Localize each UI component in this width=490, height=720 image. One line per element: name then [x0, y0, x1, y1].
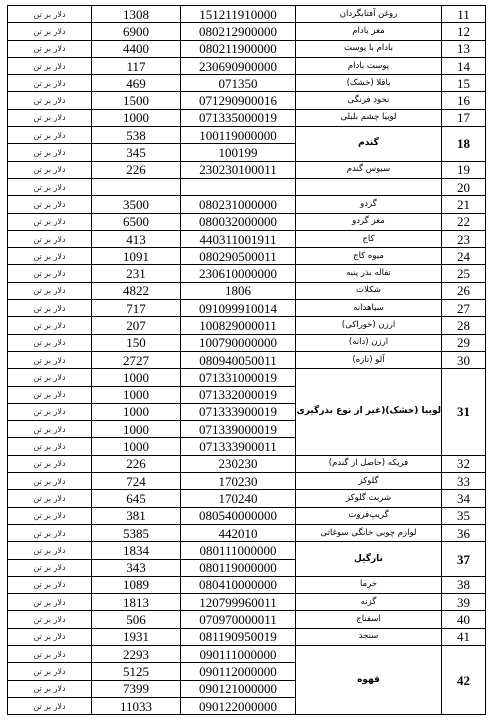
product-name-cell: سنجد [296, 628, 442, 645]
table-row: دلار بر تن469071350باقلا (خشک)15 [8, 75, 486, 92]
tariff-code-cell: 080231000000 [181, 196, 296, 213]
unit-cell: دلار بر تن [8, 403, 92, 420]
price-cell: 1000 [92, 403, 181, 420]
tariff-code-cell: 071331000019 [181, 369, 296, 386]
unit-cell: دلار بر تن [8, 542, 92, 559]
unit-cell: دلار بر تن [8, 230, 92, 247]
table-row: دلار بر تن150100790000000ارزن (دانه)29 [8, 334, 486, 351]
product-name-cell: خرما [296, 576, 442, 593]
price-cell: 5385 [92, 524, 181, 541]
row-number-cell: 20 [442, 178, 486, 195]
row-number-cell: 22 [442, 213, 486, 230]
unit-cell: دلار بر تن [8, 178, 92, 195]
tariff-code-cell: 120799960011 [181, 594, 296, 611]
price-cell: 1000 [92, 421, 181, 438]
unit-cell: دلار بر تن [8, 594, 92, 611]
price-cell: 231 [92, 265, 181, 282]
table-row: دلار بر تن1089080410000000خرما38 [8, 576, 486, 593]
unit-cell: دلار بر تن [8, 680, 92, 697]
unit-cell: دلار بر تن [8, 628, 92, 645]
price-cell: 117 [92, 57, 181, 74]
row-number-cell: 19 [442, 161, 486, 178]
tariff-code-cell: 080290500011 [181, 248, 296, 265]
product-name-cell: آلو (تازه) [296, 351, 442, 368]
unit-cell: دلار بر تن [8, 490, 92, 507]
row-number-cell: 15 [442, 75, 486, 92]
row-number-cell: 16 [442, 92, 486, 109]
price-cell: 1091 [92, 248, 181, 265]
unit-cell: دلار بر تن [8, 663, 92, 680]
table-row: دلار بر تن117230690900000پوست بادام14 [8, 57, 486, 74]
tariff-code-cell: 100119000000 [181, 127, 296, 144]
tariff-code-cell [181, 178, 296, 195]
price-cell: 226 [92, 455, 181, 472]
price-cell: 150 [92, 334, 181, 351]
table-row: دلار بر تن724170230گلوکز33 [8, 473, 486, 490]
unit-cell: دلار بر تن [8, 23, 92, 40]
table-row: دلار بر تن413440311001911کاج23 [8, 230, 486, 247]
unit-cell: دلار بر تن [8, 144, 92, 161]
price-cell: 1500 [92, 92, 181, 109]
unit-cell: دلار بر تن [8, 386, 92, 403]
table-row: دلار بر تن381080540000000گریپ‌فروت35 [8, 507, 486, 524]
price-cell: 3500 [92, 196, 181, 213]
product-name-cell: نخود فرنگی [296, 92, 442, 109]
product-name-cell: لوبیا چشم بلبلی [296, 109, 442, 126]
unit-cell: دلار بر تن [8, 473, 92, 490]
row-number-cell: 11 [442, 6, 486, 23]
unit-cell: دلار بر تن [8, 92, 92, 109]
unit-cell: دلار بر تن [8, 455, 92, 472]
table-row: دلار بر تن538100119000000گندم18 [8, 127, 486, 144]
unit-cell: دلار بر تن [8, 351, 92, 368]
row-number-cell: 33 [442, 473, 486, 490]
product-name-cell: میوه کاج [296, 248, 442, 265]
tariff-code-cell: 080211900000 [181, 40, 296, 57]
unit-cell: دلار بر تن [8, 611, 92, 628]
table-row: دلار بر تن1308151211910000روغن آفتابگردا… [8, 6, 486, 23]
table-row: دلار بر تن20 [8, 178, 486, 195]
table-row: دلار بر تن1500071290900016نخود فرنگی16 [8, 92, 486, 109]
unit-cell: دلار بر تن [8, 248, 92, 265]
row-number-cell: 26 [442, 282, 486, 299]
table-row: دلار بر تن506070970000011اسفناج40 [8, 611, 486, 628]
tariff-code-cell: 090111000000 [181, 645, 296, 662]
unit-cell: دلار بر تن [8, 161, 92, 178]
unit-cell: دلار بر تن [8, 576, 92, 593]
row-number-cell: 28 [442, 317, 486, 334]
unit-cell: دلار بر تن [8, 127, 92, 144]
tariff-code-cell: 091099910014 [181, 300, 296, 317]
tariff-code-cell: 071350 [181, 75, 296, 92]
product-name-cell: مغز گردو [296, 213, 442, 230]
table-row: دلار بر تن2293090111000000قهوه42 [8, 645, 486, 662]
product-name-cell: فریکه (حاصل از گندم) [296, 455, 442, 472]
unit-cell: دلار بر تن [8, 300, 92, 317]
row-number-cell: 29 [442, 334, 486, 351]
tariff-code-cell: 090122000000 [181, 697, 296, 714]
price-cell: 724 [92, 473, 181, 490]
row-number-cell: 40 [442, 611, 486, 628]
price-cell: 343 [92, 559, 181, 576]
unit-cell: دلار بر تن [8, 6, 92, 23]
product-name-cell: گردو [296, 196, 442, 213]
unit-cell: دلار بر تن [8, 265, 92, 282]
price-cell: 2727 [92, 351, 181, 368]
table-row: دلار بر تن717091099910014سیاهدانه27 [8, 300, 486, 317]
tariff-table-body: دلار بر تن1308151211910000روغن آفتابگردا… [8, 6, 486, 715]
product-name-cell: تفاله بذر پنبه [296, 265, 442, 282]
row-number-cell: 17 [442, 109, 486, 126]
row-number-cell: 36 [442, 524, 486, 541]
price-cell: 381 [92, 507, 181, 524]
row-number-cell: 12 [442, 23, 486, 40]
product-name-cell [296, 178, 442, 195]
unit-cell: دلار بر تن [8, 507, 92, 524]
price-cell: 469 [92, 75, 181, 92]
product-name-cell: شربت گلوکز [296, 490, 442, 507]
product-name-cell: گزنه [296, 594, 442, 611]
tariff-code-cell: 071333900011 [181, 438, 296, 455]
product-name-cell: اسفناج [296, 611, 442, 628]
row-number-cell: 42 [442, 645, 486, 714]
unit-cell: دلار بر تن [8, 697, 92, 714]
tariff-code-cell: 442010 [181, 524, 296, 541]
tariff-code-cell: 071290900016 [181, 92, 296, 109]
price-cell: 1000 [92, 109, 181, 126]
price-cell: 226 [92, 161, 181, 178]
row-number-cell: 14 [442, 57, 486, 74]
unit-cell: دلار بر تن [8, 109, 92, 126]
tariff-code-cell: 170230 [181, 473, 296, 490]
unit-cell: دلار بر تن [8, 559, 92, 576]
unit-cell: دلار بر تن [8, 334, 92, 351]
unit-cell: دلار بر تن [8, 213, 92, 230]
price-cell: 11033 [92, 697, 181, 714]
unit-cell: دلار بر تن [8, 645, 92, 662]
row-number-cell: 35 [442, 507, 486, 524]
price-cell: 7399 [92, 680, 181, 697]
price-cell: 1931 [92, 628, 181, 645]
row-number-cell: 34 [442, 490, 486, 507]
unit-cell: دلار بر تن [8, 421, 92, 438]
price-cell: 5125 [92, 663, 181, 680]
tariff-code-cell: 1806 [181, 282, 296, 299]
row-number-cell: 18 [442, 127, 486, 162]
product-name-cell: سیاهدانه [296, 300, 442, 317]
price-cell: 2293 [92, 645, 181, 662]
table-row: دلار بر تن2727080940050011آلو (تازه)30 [8, 351, 486, 368]
unit-cell: دلار بر تن [8, 40, 92, 57]
tariff-code-cell: 230230 [181, 455, 296, 472]
row-number-cell: 32 [442, 455, 486, 472]
tariff-code-cell: 081190950019 [181, 628, 296, 645]
row-number-cell: 24 [442, 248, 486, 265]
tariff-code-cell: 080540000000 [181, 507, 296, 524]
product-name-cell: کاج [296, 230, 442, 247]
unit-cell: دلار بر تن [8, 317, 92, 334]
product-name-cell: ارزن (دانه) [296, 334, 442, 351]
row-number-cell: 41 [442, 628, 486, 645]
product-name-cell: روغن آفتابگردان [296, 6, 442, 23]
tariff-code-cell: 071335000019 [181, 109, 296, 126]
price-cell: 207 [92, 317, 181, 334]
row-number-cell: 25 [442, 265, 486, 282]
unit-cell: دلار بر تن [8, 196, 92, 213]
table-row: دلار بر تن226230230100011سبوس گندم19 [8, 161, 486, 178]
tariff-code-cell: 071333900019 [181, 403, 296, 420]
tariff-code-cell: 230230100011 [181, 161, 296, 178]
price-cell: 1000 [92, 369, 181, 386]
table-row: دلار بر تن4400080211900000بادام با پوست1… [8, 40, 486, 57]
price-cell: 1000 [92, 386, 181, 403]
price-cell: 1834 [92, 542, 181, 559]
table-row: دلار بر تن1000071331000019لوبیا (خشک)(غی… [8, 369, 486, 386]
tariff-code-cell: 090121000000 [181, 680, 296, 697]
price-cell: 1000 [92, 438, 181, 455]
table-row: دلار بر تن6500080032000000مغز گردو22 [8, 213, 486, 230]
unit-cell: دلار بر تن [8, 75, 92, 92]
price-cell: 538 [92, 127, 181, 144]
product-name-cell: لوازم چوبی خانگی سوغاتی [296, 524, 442, 541]
price-cell: 506 [92, 611, 181, 628]
row-number-cell: 13 [442, 40, 486, 57]
table-row: دلار بر تن207100829000011ارزن (خوراکی)28 [8, 317, 486, 334]
tariff-code-cell: 071332000019 [181, 386, 296, 403]
row-number-cell: 30 [442, 351, 486, 368]
unit-cell: دلار بر تن [8, 282, 92, 299]
tariff-code-cell: 080111000000 [181, 542, 296, 559]
row-number-cell: 27 [442, 300, 486, 317]
price-cell [92, 178, 181, 195]
tariff-code-cell: 080032000000 [181, 213, 296, 230]
price-cell: 4400 [92, 40, 181, 57]
table-row: دلار بر تن5385442010لوازم چوبی خانگی سوغ… [8, 524, 486, 541]
price-cell: 6900 [92, 23, 181, 40]
table-row: دلار بر تن1091080290500011میوه کاج24 [8, 248, 486, 265]
row-number-cell: 21 [442, 196, 486, 213]
product-name-cell: گلوکز [296, 473, 442, 490]
price-cell: 1308 [92, 6, 181, 23]
product-name-cell: مغز بادام [296, 23, 442, 40]
table-row: دلار بر تن48221806شکلات26 [8, 282, 486, 299]
tariff-code-cell: 090112000000 [181, 663, 296, 680]
table-row: دلار بر تن3500080231000000گردو21 [8, 196, 486, 213]
tariff-code-cell: 230610000000 [181, 265, 296, 282]
tariff-code-cell: 440311001911 [181, 230, 296, 247]
table-row: دلار بر تن226230230فریکه (حاصل از گندم)3… [8, 455, 486, 472]
product-name-cell: پوست بادام [296, 57, 442, 74]
row-number-cell: 31 [442, 369, 486, 455]
product-name-cell: باقلا (خشک) [296, 75, 442, 92]
unit-cell: دلار بر تن [8, 57, 92, 74]
price-cell: 413 [92, 230, 181, 247]
price-cell: 4822 [92, 282, 181, 299]
product-name-cell: ارزن (خوراکی) [296, 317, 442, 334]
tariff-code-cell: 071339000019 [181, 421, 296, 438]
price-cell: 6500 [92, 213, 181, 230]
tariff-code-cell: 170240 [181, 490, 296, 507]
product-name-cell: بادام با پوست [296, 40, 442, 57]
tariff-code-cell: 230690900000 [181, 57, 296, 74]
product-name-cell: سبوس گندم [296, 161, 442, 178]
tariff-code-cell: 151211910000 [181, 6, 296, 23]
row-number-cell: 37 [442, 542, 486, 577]
product-name-cell: نارگیل [296, 542, 442, 577]
tariff-code-cell: 080212900000 [181, 23, 296, 40]
tariff-code-cell: 080119000000 [181, 559, 296, 576]
table-row: دلار بر تن1000071335000019لوبیا چشم بلبل… [8, 109, 486, 126]
tariff-code-cell: 100790000000 [181, 334, 296, 351]
table-row: دلار بر تن231230610000000تفاله بذر پنبه2… [8, 265, 486, 282]
row-number-cell: 38 [442, 576, 486, 593]
tariff-code-cell: 080940050011 [181, 351, 296, 368]
table-row: دلار بر تن645170240شربت گلوکز34 [8, 490, 486, 507]
price-cell: 345 [92, 144, 181, 161]
row-number-cell: 23 [442, 230, 486, 247]
price-cell: 1813 [92, 594, 181, 611]
product-name-cell: گریپ‌فروت [296, 507, 442, 524]
product-name-cell: گندم [296, 127, 442, 162]
price-cell: 1089 [92, 576, 181, 593]
unit-cell: دلار بر تن [8, 438, 92, 455]
tariff-table: دلار بر تن1308151211910000روغن آفتابگردا… [7, 5, 486, 715]
tariff-code-cell: 100199 [181, 144, 296, 161]
product-name-cell: لوبیا (خشک)(غیر از نوع بذرگیری) [296, 369, 442, 455]
tariff-code-cell: 080410000000 [181, 576, 296, 593]
table-row: دلار بر تن6900080212900000مغز بادام12 [8, 23, 486, 40]
price-cell: 717 [92, 300, 181, 317]
product-name-cell: شکلات [296, 282, 442, 299]
table-row: دلار بر تن1931081190950019سنجد41 [8, 628, 486, 645]
price-cell: 645 [92, 490, 181, 507]
tariff-code-cell: 100829000011 [181, 317, 296, 334]
product-name-cell: قهوه [296, 645, 442, 714]
unit-cell: دلار بر تن [8, 369, 92, 386]
unit-cell: دلار بر تن [8, 524, 92, 541]
tariff-code-cell: 070970000011 [181, 611, 296, 628]
table-row: دلار بر تن1813120799960011گزنه39 [8, 594, 486, 611]
row-number-cell: 39 [442, 594, 486, 611]
table-row: دلار بر تن1834080111000000نارگیل37 [8, 542, 486, 559]
